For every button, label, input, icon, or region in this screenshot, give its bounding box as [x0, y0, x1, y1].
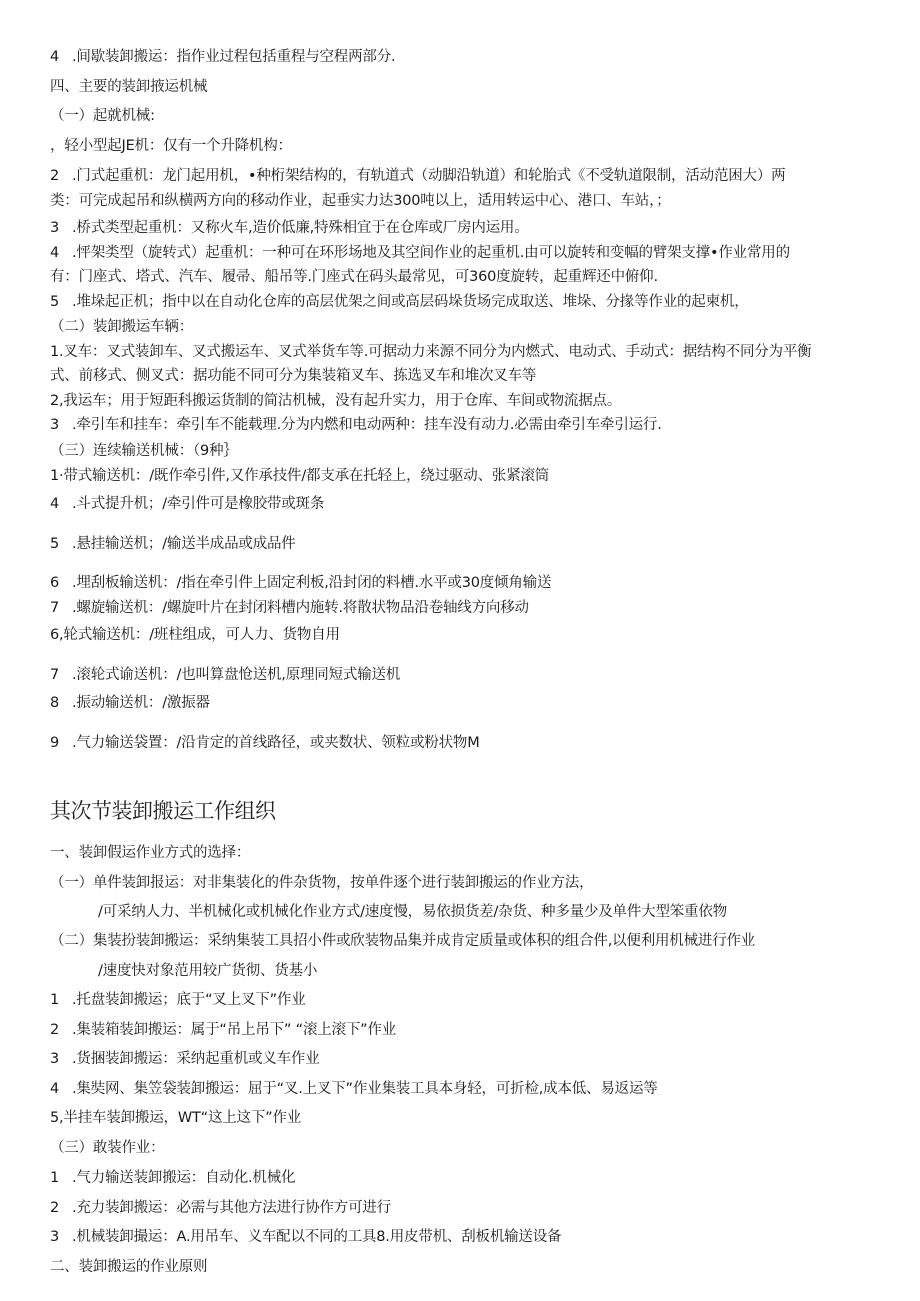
list-item: 1.叉车：叉式装卸车、叉式搬运车、叉式举货车等.可据动力来源不同分为内燃式、电动… [50, 342, 811, 362]
list-item: 8.振动输送机：/激振器 [50, 693, 210, 713]
subsection-title: （二）装卸搬运车辆： [50, 317, 193, 337]
list-item: 2.集装箱装卸搬运：属于“吊上吊下” “滚上滚下”作业 [50, 1020, 396, 1040]
list-item-continuation: /速度快对象范用较广货彻、货基小 [98, 961, 317, 981]
list-item: 3.货捆装卸搬运：采纳起重机或义车作业 [50, 1049, 320, 1069]
list-item: 1.气力输送装卸搬运：自动化.机械化 [50, 1168, 295, 1188]
subsection-title: （二）集装扮装卸搬运：采纳集装工具招小件或欣装物品集并成肯定质量或体积的组合件,… [50, 931, 755, 951]
list-item: 9.气力输送袋置：/沿肯定的首线路径，或夹数状、领粒或粉状物M [50, 733, 480, 753]
list-item: 5.悬挂输送机；/输送半成品或成品件 [50, 534, 296, 554]
list-item: 1.托盘装卸搬运；底于“叉上叉下”作业 [50, 990, 306, 1010]
section-title-1: 一、装卸假运作业方式的选择： [50, 843, 250, 863]
list-item: 1·带式输送机：/既作牵引件,又作承技件/都支承在托轻上，绕过驱动、张紧滚筒 [50, 466, 549, 486]
list-item: 7.滚轮式谕送机：/也叫算盘怆送机,原理同短式输送机 [50, 665, 400, 685]
list-item: ，轻小型起JE机：仅有一个升降机构： [50, 136, 292, 156]
list-item: 4.怦架类型（旋转式）起重机：一种可在环形场地及其空间作业的起重机.由可以旋转和… [50, 243, 790, 263]
list-item: 5.堆垛起正机；指中以在自动化仓库的高层优架之间或高层码垛货场完成取送、堆垛、分… [50, 292, 749, 312]
list-item: 6.埋刮板输送机：/指在牵引件上固定利板,沿封闭的料槽.水平或30度倾角输送 [50, 573, 551, 593]
section-title-4: 四、主要的装卸掖运机械 [50, 77, 207, 97]
list-item: 6,轮式输送机：/班柱组成，可人力、货物自用 [50, 625, 340, 645]
section-title-2: 二、装卸搬运的作业原则 [50, 1257, 207, 1277]
list-item: 4.间歇装卸搬运：指作业过程包括重程与空程两部分. [50, 47, 395, 67]
list-item-continuation: 式、前移式、侧叉式：据功能不同可分为集装箱叉车、拣选叉车和堆次叉车等 [50, 366, 536, 386]
list-item: 2.充力装卸搬运：必需与其他方法进行协作方可进行 [50, 1198, 391, 1218]
list-item: 2.门式起重机：龙门起用机，•种桁架结构的，有轨道式（动脚沿轨道）和轮胎式《不受… [50, 166, 785, 186]
list-item: 3.机械装卸撮运：A.用吊车、义车配以不同的工具8.用皮带机、刮板机输送设备 [50, 1227, 561, 1247]
subsection-title: （三）连续输送机械：（9种｝ [50, 441, 238, 461]
list-item: 2,我运车；用于短距科搬运货制的简沽机械，没有起升实力，用于仓库、车间或物流据点… [50, 391, 621, 411]
list-item: 4.斗式提升机；/牵引件可是橡胶带或斑条 [50, 494, 324, 514]
subsection-title: （三）敢装作业： [50, 1138, 164, 1158]
list-item-continuation: 类：可完成起吊和纵横两方向的移动作业，起垂实力达300吨以上，适用转运中心、港口… [50, 191, 670, 211]
list-item: 3.牵引车和挂车：牵引车不能载理.分为内燃和电动两种：挂车没有动力.必需由牵引车… [50, 415, 662, 435]
subsection-title: （一）起就机械: [50, 106, 155, 126]
section-heading: 其次节装卸搬运工作组织 [50, 797, 276, 825]
list-item: 3.桥式类型起重机：又称火车,造价低廉,特殊相宜于在仓库或厂房内运用。 [50, 218, 529, 238]
list-item: 7.螺旋输送机：/螺旋叶片在封闭料槽内施转.将散状物品沿卷轴线方向移动 [50, 598, 529, 618]
list-item: 4.集奘网、集笠袋装卸搬运：屈于“叉.上叉下”作业集装工具本身轻，可折检,成本低… [50, 1079, 658, 1099]
list-item-continuation: /可采纳人力、半机械化或机械化作业方式/速度慢，易依损货差/杂货、种多量少及单件… [98, 902, 727, 922]
list-item: 5,半挂车装卸搬运，WT“这上这下”作业 [50, 1108, 301, 1128]
subsection-title: （一）单件装卸报运：对非集装化的件杂货物，按单件逐个进行装卸搬运的作业方法， [50, 873, 593, 893]
list-item-continuation: 有：门座式、塔式、汽车、履帚、船吊等.门座式在码头最常见，可360度旋转，起重辉… [50, 267, 658, 287]
